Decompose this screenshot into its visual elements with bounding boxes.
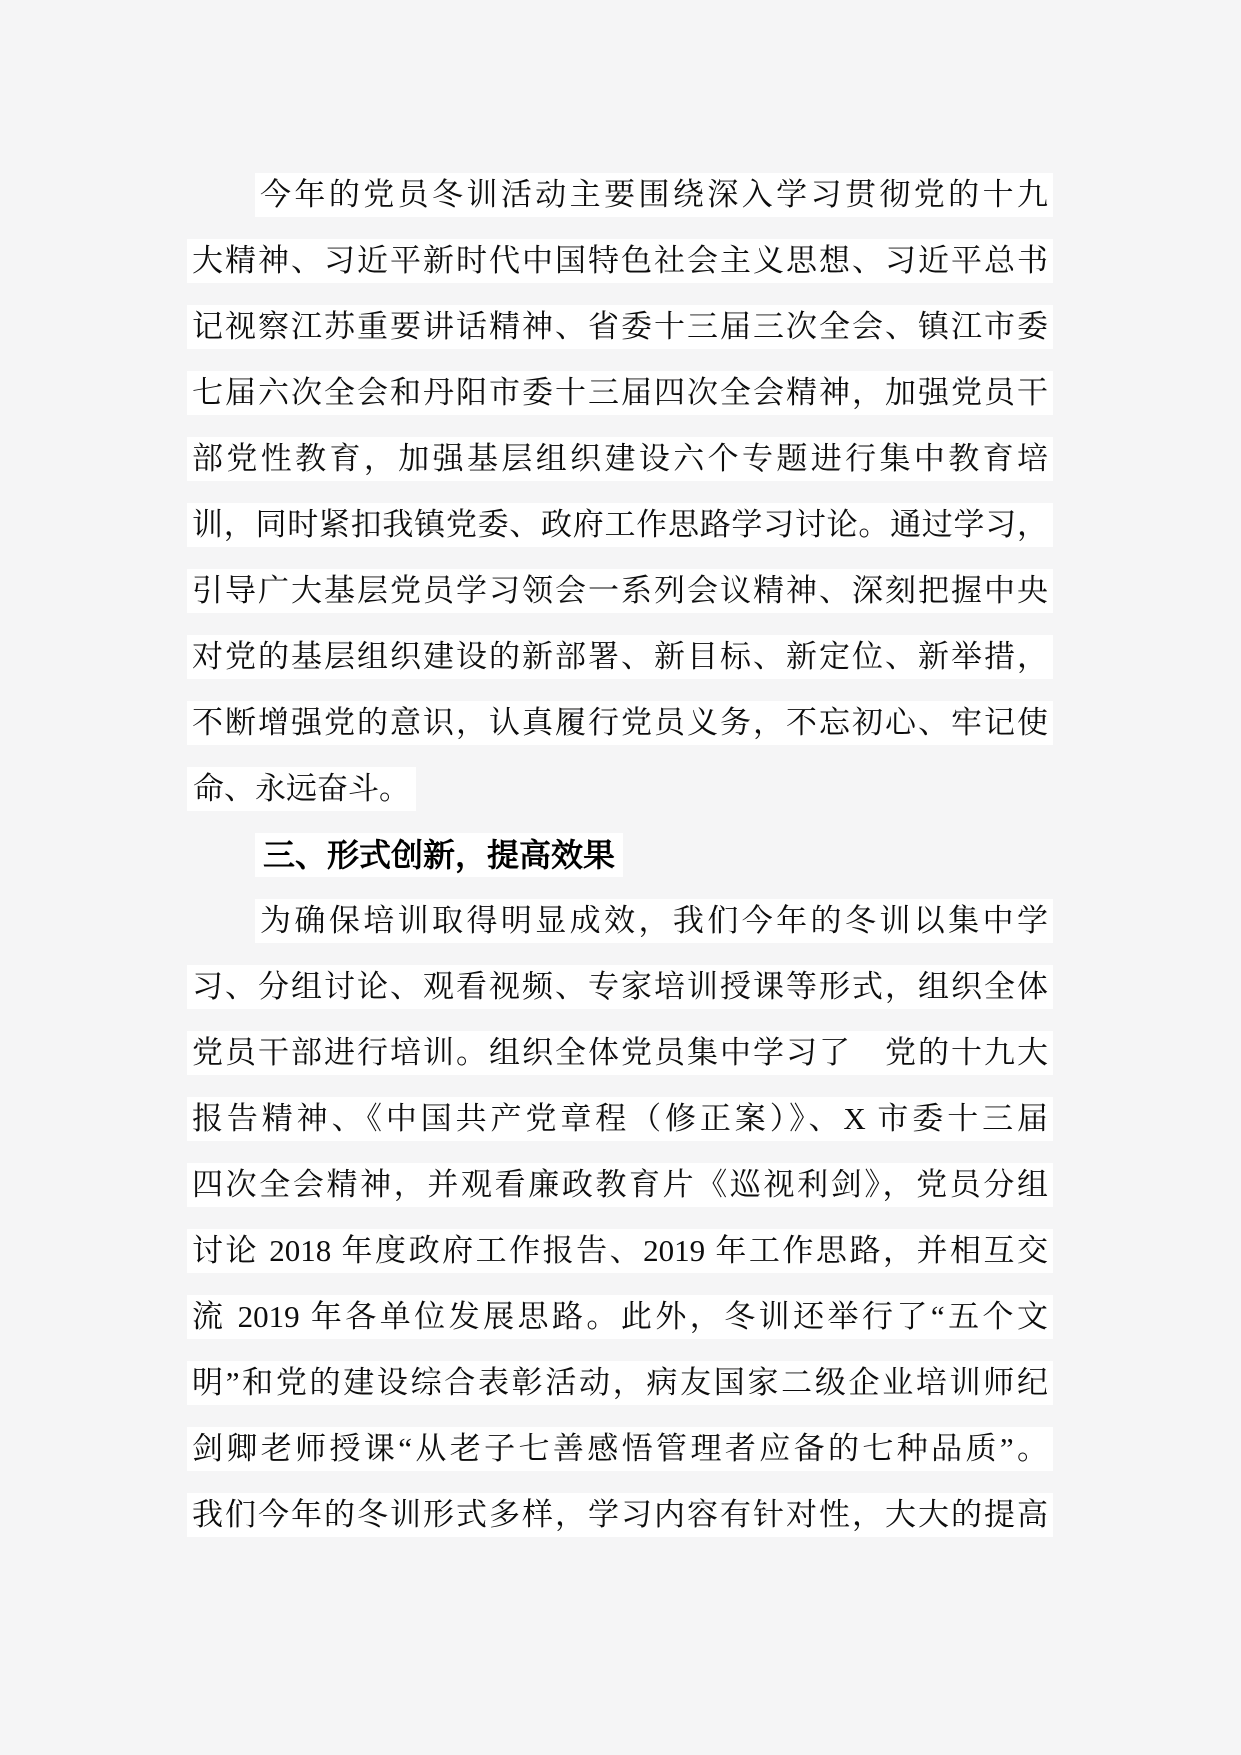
paragraph-line: 命、永远奋斗。 — [187, 767, 416, 811]
paragraph-line: 引导广大基层党员学习领会一系列会议精神、深刻把握中央 — [187, 569, 1053, 613]
paragraph-line: 报告精神、《中国共产党章程（修正案）》、X 市委十三届 — [187, 1097, 1053, 1141]
document-page: 今年的党员冬训活动主要围绕深入学习贯彻党的十九 大精神、习近平新时代中国特色社会… — [0, 0, 1241, 1755]
paragraph-line: 明”和党的建设综合表彰活动，病友国家二级企业培训师纪 — [187, 1361, 1053, 1405]
paragraph-line: 七届六次全会和丹阳市委十三届四次全会精神，加强党员干 — [187, 371, 1053, 415]
paragraph-line: 剑卿老师授课“从老子七善感悟管理者应备的七种品质”。 — [187, 1427, 1053, 1471]
paragraph-line: 习、分组讨论、观看视频、专家培训授课等形式，组织全体 — [187, 965, 1053, 1009]
paragraph-line: 党员干部进行培训。组织全体党员集中学习了 党的十九大 — [187, 1031, 1053, 1075]
paragraph-line: 对党的基层组织建设的新部署、新目标、新定位、新举措， — [187, 635, 1053, 679]
paragraph-line: 不断增强党的意识，认真履行党员义务，不忘初心、牢记使 — [187, 701, 1053, 745]
paragraph-line: 大精神、习近平新时代中国特色社会主义思想、习近平总书 — [187, 239, 1053, 283]
paragraph-line: 训，同时紧扣我镇党委、政府工作思路学习讨论。通过学习， — [187, 503, 1053, 547]
paragraph-line: 四次全会精神，并观看廉政教育片《巡视利剑》，党员分组 — [187, 1163, 1053, 1207]
paragraph-line: 今年的党员冬训活动主要围绕深入学习贯彻党的十九 — [255, 173, 1053, 217]
paragraph-line: 部党性教育，加强基层组织建设六个专题进行集中教育培 — [187, 437, 1053, 481]
paragraph-line: 为确保培训取得明显成效，我们今年的冬训以集中学 — [255, 899, 1053, 943]
paragraph-line: 记视察江苏重要讲话精神、省委十三届三次全会、镇江市委 — [187, 305, 1053, 349]
paragraph-line: 我们今年的冬训形式多样，学习内容有针对性，大大的提高 — [187, 1493, 1053, 1537]
paragraph-line: 讨论 2018 年度政府工作报告、2019 年工作思路，并相互交 — [187, 1229, 1053, 1273]
text-column: 今年的党员冬训活动主要围绕深入学习贯彻党的十九 大精神、习近平新时代中国特色社会… — [187, 173, 1053, 1559]
section-heading: 三、形式创新，提高效果 — [255, 833, 623, 877]
paragraph-line: 流 2019 年各单位发展思路。此外，冬训还举行了“五个文 — [187, 1295, 1053, 1339]
